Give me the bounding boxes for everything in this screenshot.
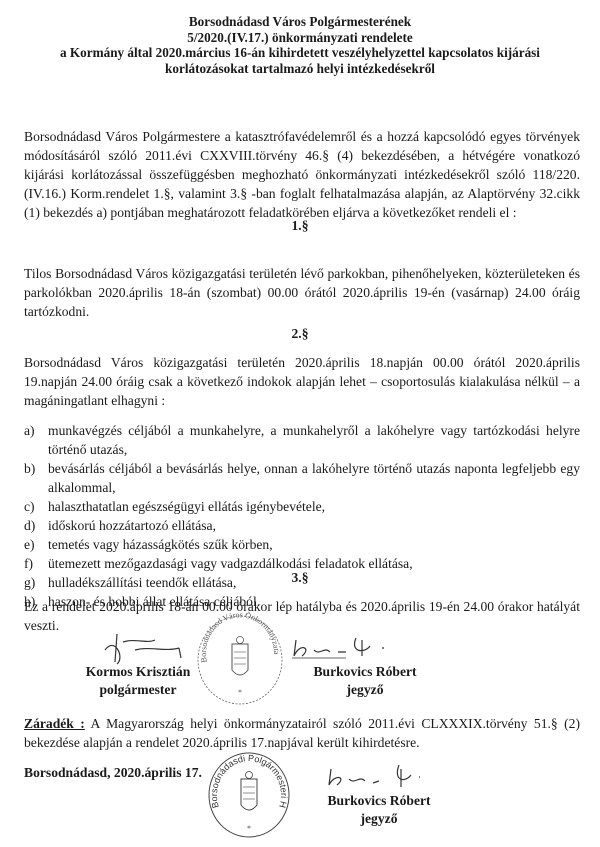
list-item: e)temetés vagy házasságkötés szűk körben… (24, 535, 580, 554)
place-date: Borsodnádasd, 2020.április 17. (24, 765, 202, 781)
clause-text: A Magyarország helyi önkormányzatairól s… (24, 716, 580, 750)
preamble: Borsodnádasd Város Polgármestere a katas… (24, 127, 580, 222)
notary-name: Burkovics Róbert (300, 663, 430, 681)
item-text: időskorú hozzátartozó ellátása, (48, 516, 580, 535)
item-text: munkavégzés céljából a munkahelyre, a mu… (48, 421, 580, 459)
clause-label: Záradék : (24, 716, 85, 731)
mayor-name: Kormos Krisztián (58, 663, 218, 681)
item-text: halaszthatatlan egészségügyi ellátás igé… (48, 497, 580, 516)
notary-signature-2-icon (325, 763, 425, 793)
section-1-heading: 1.§ (0, 218, 600, 234)
item-text: bevásárlás céljából a bevásárlás helye, … (48, 459, 580, 497)
item-label: e) (24, 535, 48, 554)
notary-title-2: jegyző (314, 810, 444, 828)
svg-text:*: * (247, 824, 251, 833)
item-label: a) (24, 421, 48, 459)
section-3-heading: 3.§ (0, 570, 600, 586)
office-stamp-icon: Borsodnádasdi Polgármesteri Hivatal * (205, 747, 293, 839)
title-line-1: Borsodnádasd Város Polgármesterének (0, 14, 600, 30)
list-item: c)halaszthatatlan egészségügyi ellátás i… (24, 497, 580, 516)
item-text: temetés vagy házasságkötés szűk körben, (48, 535, 580, 554)
notary-signature-icon (290, 632, 390, 662)
mayor-signature-icon (95, 628, 185, 668)
clause: Záradék : A Magyarország helyi önkormány… (24, 714, 580, 752)
notary-signature-block-1: Burkovics Róbert jegyző (300, 663, 430, 699)
section-2-heading: 2.§ (0, 326, 600, 342)
list-item: a)munkavégzés céljából a munkahelyre, a … (24, 421, 580, 459)
title-line-3: a Kormány által 2020.március 16-án kihir… (0, 45, 600, 61)
item-label: d) (24, 516, 48, 535)
document-title: Borsodnádasd Város Polgármesterének 5/20… (0, 14, 600, 76)
title-line-2: 5/2020.(IV.17.) önkormányzati rendelete (0, 30, 600, 46)
mayor-title: polgármester (58, 681, 218, 699)
item-label: c) (24, 497, 48, 516)
list-item: b)bevásárlás céljából a bevásárlás helye… (24, 459, 580, 497)
notary-signature-block-2: Burkovics Róbert jegyző (314, 792, 444, 828)
municipality-stamp-icon: Borsodnádasd Város Önkormányzata * (195, 610, 285, 705)
notary-name-2: Burkovics Róbert (314, 792, 444, 810)
svg-text:*: * (238, 688, 242, 697)
mayor-signature-block: Kormos Krisztián polgármester (58, 663, 218, 699)
title-line-4: korlátozásokat tartalmazó helyi intézked… (0, 61, 600, 77)
section-1-text: Tilos Borsodnádasd Város közigazgatási t… (24, 264, 580, 321)
document-page: Borsodnádasd Város Polgármesterének 5/20… (0, 0, 600, 847)
item-label: b) (24, 459, 48, 497)
notary-title: jegyző (300, 681, 430, 699)
section-2-text: Borsodnádasd Város közigazgatási terület… (24, 353, 580, 410)
list-item: d)időskorú hozzátartozó ellátása, (24, 516, 580, 535)
